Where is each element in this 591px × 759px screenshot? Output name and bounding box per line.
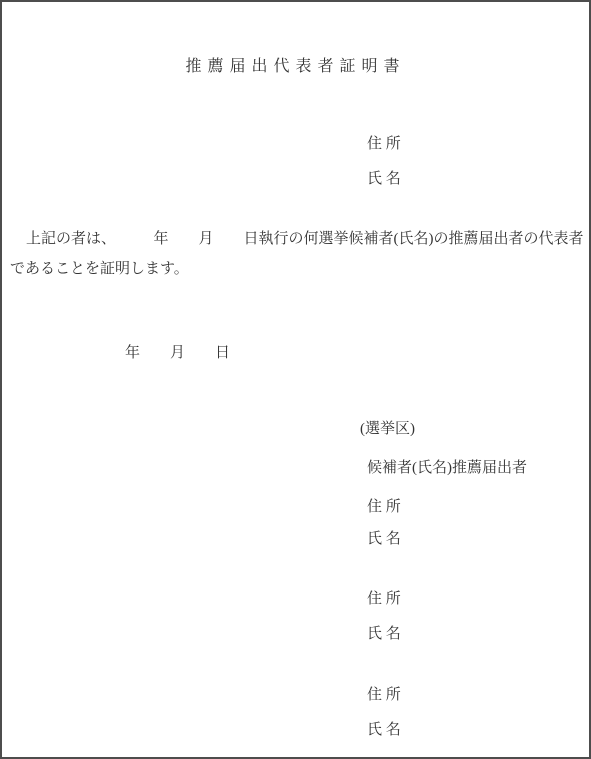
nominator-2-address-label: 住 所 [367,591,401,607]
certification-line-2: であることを証明します。 [10,254,585,284]
nominator-1-address-label: 住 所 [367,499,401,515]
nominator-1-name-label: 氏 名 [367,531,401,547]
nominator-3-name-label: 氏 名 [367,722,401,738]
certificate-page: 推薦届出代表者証明書 住 所 氏 名 上記の者は、 年 月 日執行の何選挙候補者… [0,0,591,759]
certification-paragraph: 上記の者は、 年 月 日執行の何選挙候補者(氏名)の推薦届出者の代表者 であるこ… [10,224,585,284]
issue-date-line: 年 月 日 [125,345,230,361]
nominator-3-address-label: 住 所 [367,687,401,703]
certification-line-1: 上記の者は、 年 月 日執行の何選挙候補者(氏名)の推薦届出者の代表者 [10,224,585,254]
document-title: 推薦届出代表者証明書 [2,57,589,77]
nominator-2-name-label: 氏 名 [367,626,401,642]
election-district-label: (選挙区) [360,421,415,437]
representative-name-label: 氏 名 [367,171,401,187]
nominator-heading: 候補者(氏名)推薦届出者 [367,460,527,476]
representative-address-label: 住 所 [367,136,401,152]
